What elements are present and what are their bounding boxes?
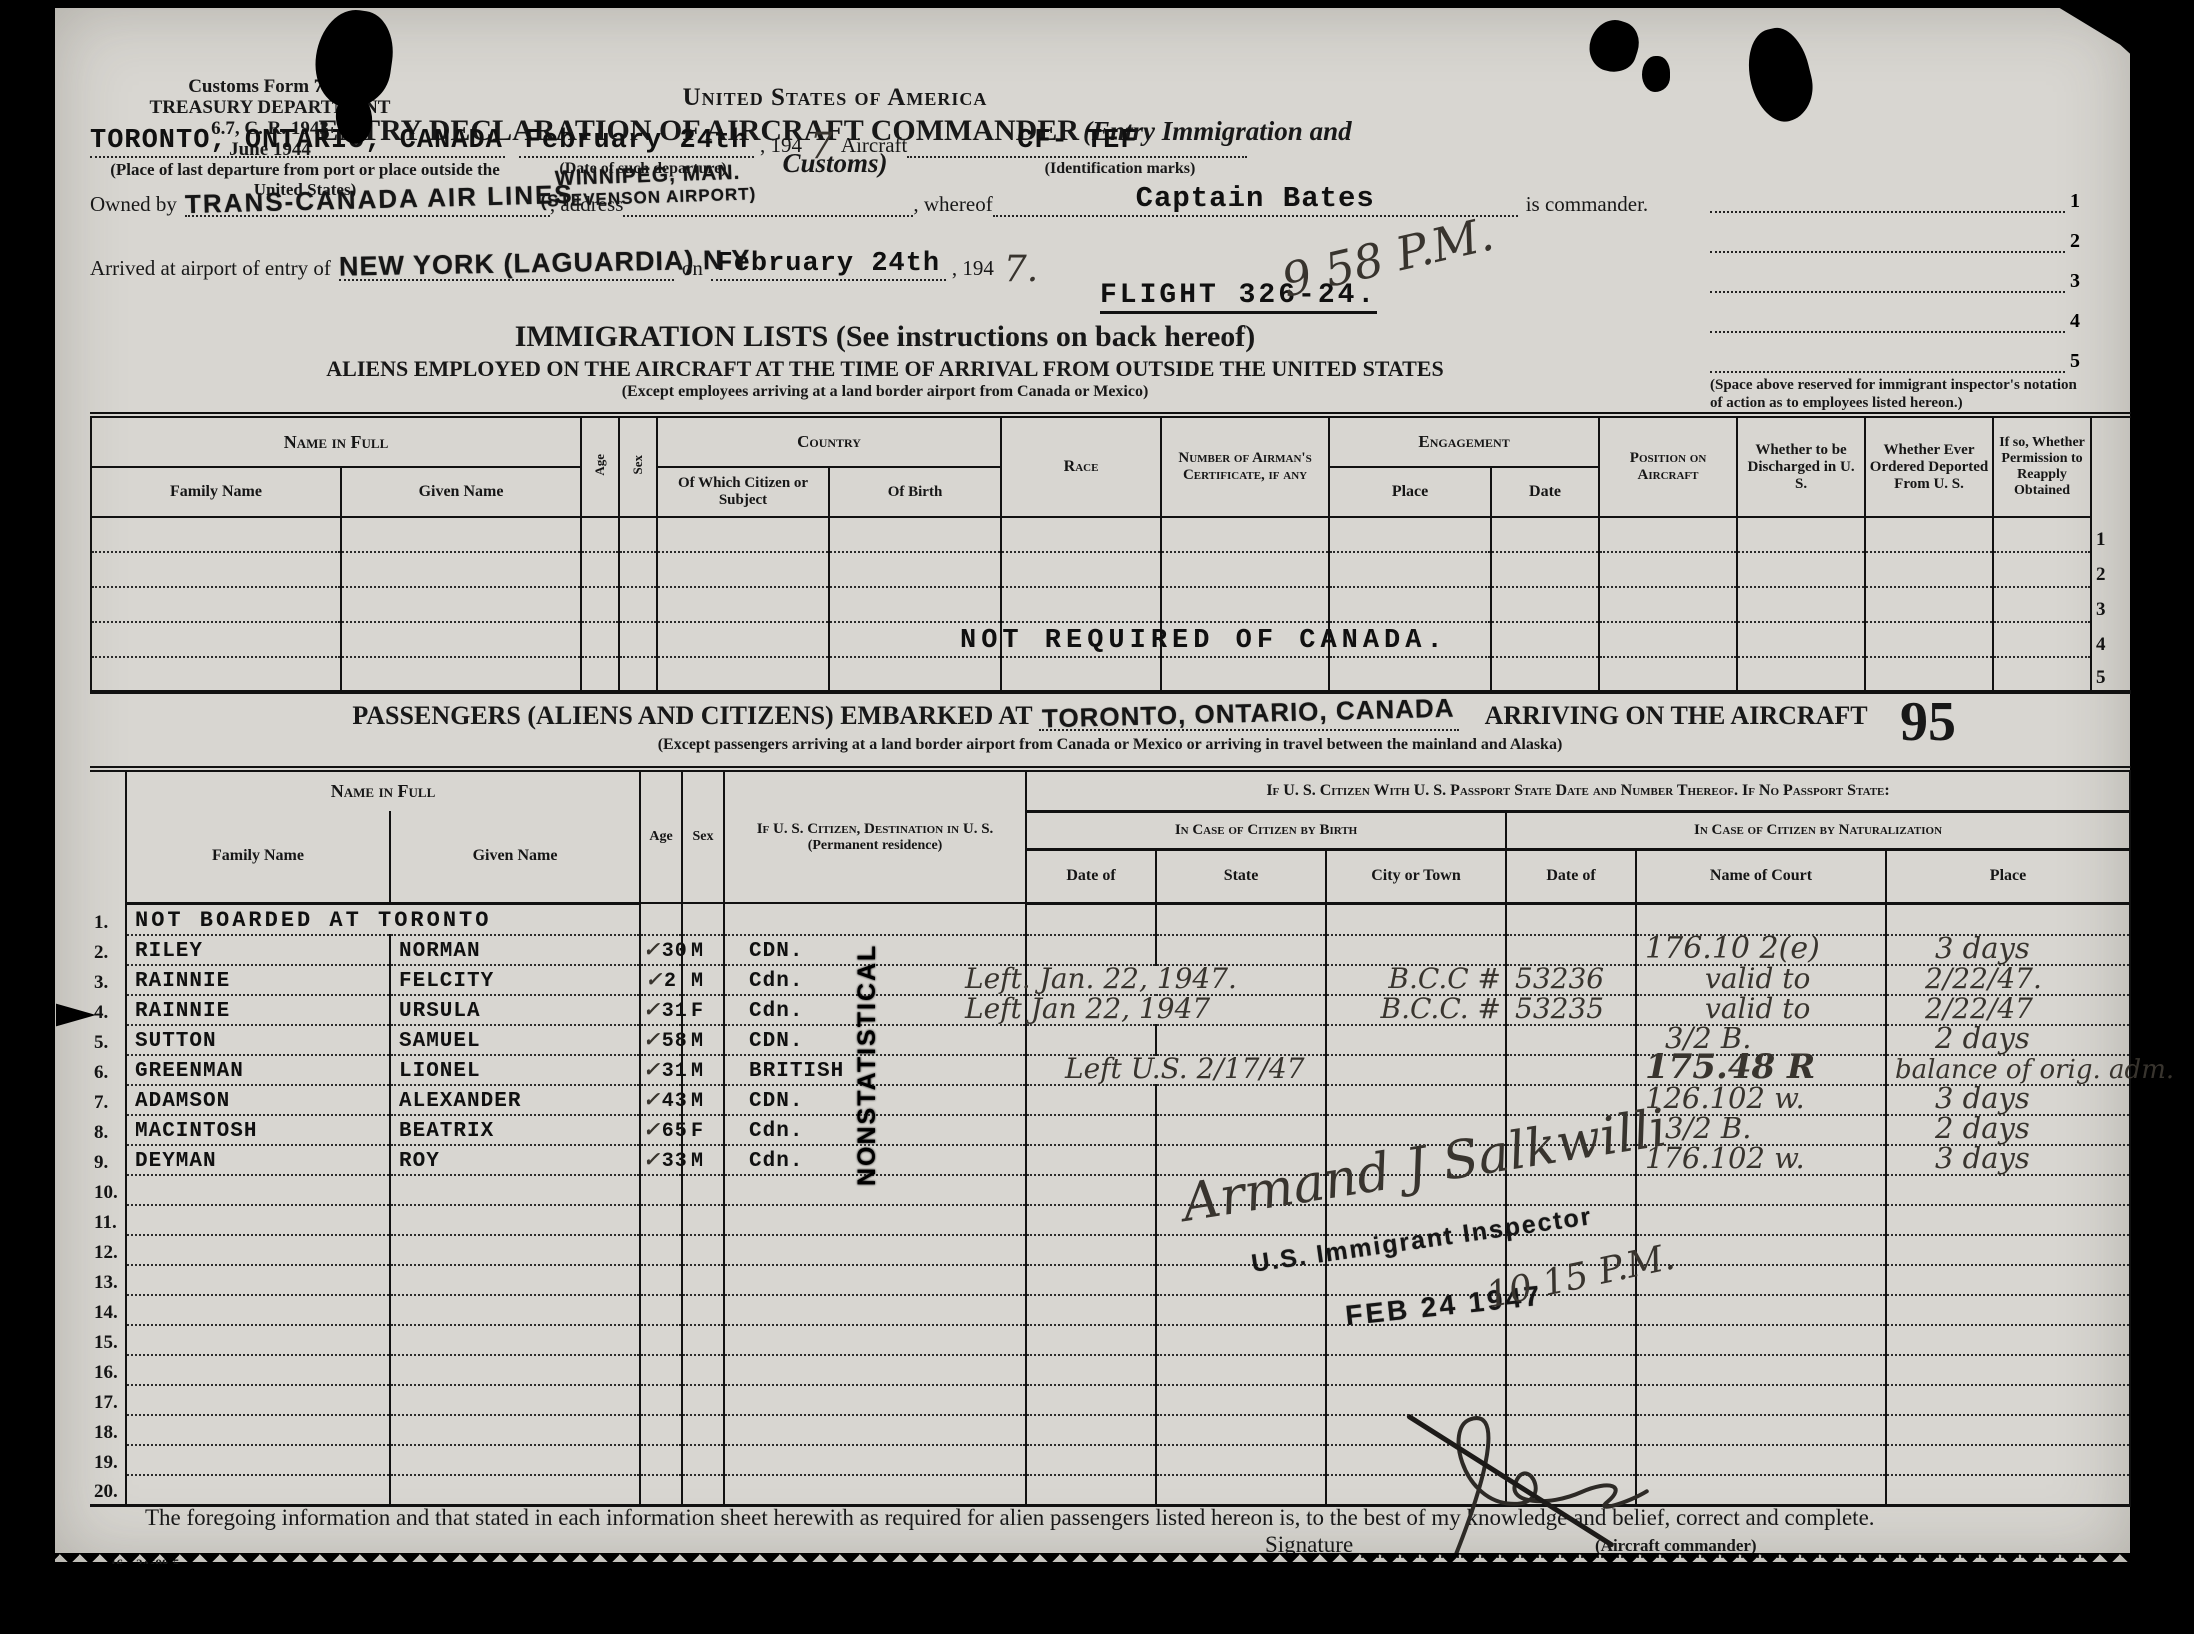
employee-row: 5: [91, 657, 2131, 692]
passenger-row: 10.: [90, 1175, 2130, 1205]
torn-paper-blob: [1642, 56, 1670, 92]
pax-col-sex: Sex: [682, 769, 724, 903]
arrival-time-handwritten: 9 58 P.M.: [1277, 207, 1499, 308]
passenger-row: 12.: [90, 1235, 2130, 1265]
hw-duration: 3 days: [1935, 1081, 2030, 1115]
col-airman-certificate: Number of Airman's Certificate, if any: [1161, 415, 1329, 517]
pax-col-given: Given Name: [390, 811, 640, 903]
passenger-row: 19.: [90, 1445, 2130, 1475]
checkmark: ✓: [643, 1087, 661, 1111]
passenger-row: 13.: [90, 1265, 2130, 1295]
form-line-arrival: Arrived at airport of entry of NEW YORK …: [90, 248, 1190, 281]
hw-doc-type: B.C.C. #: [1381, 992, 1502, 1025]
col-eng-place: Place: [1329, 467, 1491, 517]
col-race: Race: [1001, 415, 1161, 517]
margin-line-5: 5: [1710, 350, 2080, 373]
margin-line-1: 1: [1710, 190, 2080, 213]
passenger-row: 18.: [90, 1415, 2130, 1445]
hw-section-code: 176.10 2(e): [1645, 931, 1820, 966]
form-line-departure: TORONTO, ONTARIO, CANADA February 24th ,…: [90, 126, 1690, 158]
col-name-in-full: Name in Full: [91, 415, 581, 467]
form-paper: Customs Form 7507 TREASURY DEPARTMENT 6.…: [55, 8, 2130, 1562]
passenger-row: 16.: [90, 1355, 2130, 1385]
col-engagement: Engagement: [1329, 415, 1599, 467]
checkmark: ✓: [643, 997, 661, 1021]
hw-section-code: 3/2 B.: [1665, 1111, 1751, 1145]
pax-col-nat-group: In Case of Citizen by Naturalization: [1506, 811, 2130, 849]
hw-duration: 3 days: [1935, 1141, 2030, 1175]
pax-col-birth-date: Date of: [1026, 849, 1156, 903]
commander-name-value: Captain Bates: [1136, 182, 1375, 215]
aircraft-label: Aircraft: [841, 133, 907, 158]
torn-bottom-edge: [0, 1564, 2194, 1634]
pax-col-court: Name of Court: [1636, 849, 1886, 903]
departure-date-value: February 24th: [525, 126, 749, 156]
col-age: Age: [581, 415, 619, 517]
hw-left-date: Left. Jan. 22, 1947.: [965, 962, 1237, 995]
passengers-exception-note: (Except passengers arriving at a land bo…: [90, 736, 2130, 754]
passenger-row: 8. MACINTOSH BEATRIX ✓65 F Cdn. 3/2 B. 2…: [90, 1115, 2130, 1145]
hw-doc-number: 53235: [1515, 992, 1604, 1025]
margin-line-3: 3: [1710, 270, 2080, 293]
checkmark: ✓: [643, 1027, 661, 1051]
checkmark: ✓: [643, 937, 661, 961]
hw-valid: valid to: [1705, 962, 1810, 995]
immigration-lists-title: IMMIGRATION LISTS (See instructions on b…: [90, 320, 1680, 354]
immigration-lists-heading: IMMIGRATION LISTS (See instructions on b…: [90, 320, 1680, 401]
passenger-row: 15.: [90, 1325, 2130, 1355]
scanned-document-page: Customs Form 7507 TREASURY DEPARTMENT 6.…: [0, 0, 2194, 1634]
year-printed: , 194: [760, 133, 802, 158]
col-family-name: Family Name: [91, 467, 341, 517]
employee-row: 3: [91, 587, 2131, 622]
departure-place-value: TORONTO, ONTARIO, CANADA: [90, 126, 503, 156]
passenger-row: 1. NOT BOARDED AT TORONTO: [90, 903, 2130, 935]
col-eng-date: Date: [1491, 467, 1599, 517]
hw-valid-date: 2/22/47.: [1925, 962, 2042, 995]
owned-by-label: Owned by: [90, 192, 177, 217]
passenger-row: 9. DEYMAN ROY ✓33 M Cdn. 176.102 w. 3 da…: [90, 1145, 2130, 1175]
passenger-row: 14.: [90, 1295, 2130, 1325]
margin-line-4: 4: [1710, 310, 2080, 333]
identification-marks-caption: (Identification marks): [985, 160, 1255, 178]
hw-left-date: Left Jan 22, 1947: [965, 992, 1210, 1025]
col-discharged: Whether to be Discharged in U. S.: [1737, 415, 1865, 517]
commander-signature: [1349, 1381, 1722, 1572]
owner-stamp: TRANS-CANADA AIR LINES: [185, 179, 574, 220]
not-required-note: NOT REQUIRED OF CANADA.: [960, 626, 1448, 656]
checkmark: ✓: [645, 967, 663, 991]
hw-doc-type: B.C.C #: [1388, 962, 1501, 995]
pax-col-destination-sub: (Permanent residence): [728, 838, 1022, 854]
is-commander-label: is commander.: [1526, 192, 1648, 217]
employees-exception-note: (Except employees arriving at a land bor…: [90, 383, 1680, 401]
passenger-row: 4. RAINNIE URSULA ✓31 F Cdn. Left Jan 22…: [90, 995, 2130, 1025]
aliens-employed-subtitle: ALIENS EMPLOYED ON THE AIRCRAFT AT THE T…: [90, 356, 1680, 382]
col-sex: Sex: [619, 415, 657, 517]
passenger-row: 20.: [90, 1475, 2130, 1505]
passengers-title-prefix: PASSENGERS (ALIENS AND CITIZENS) EMBARKE…: [352, 701, 1032, 731]
passengers-table: Name in Full Age Sex If U. S. Citizen, D…: [90, 766, 2131, 1507]
checkmark: ✓: [643, 1057, 661, 1081]
hw-duration: 2 days: [1935, 1111, 2030, 1145]
hw-section-code: 126.102 w.: [1645, 1081, 1805, 1115]
origin-airport-stamp: WINNIPEG, MAN. (STEVENSON AIRPORT): [522, 160, 773, 213]
checkmark: ✓: [643, 1117, 661, 1141]
col-position: Position on Aircraft: [1599, 415, 1737, 517]
country-title: United States of America: [295, 84, 1375, 112]
pax-col-family: Family Name: [126, 811, 390, 903]
passenger-row: 17.: [90, 1385, 2130, 1415]
year-handwritten: 7: [810, 136, 833, 158]
passenger-row: 5. SUTTON SAMUEL ✓58 M CDN. 3/2 B. 2 day…: [90, 1025, 2130, 1055]
col-country: Country: [657, 415, 1001, 467]
declaration-statement: The foregoing information and that state…: [90, 1504, 2130, 1531]
col-given-name: Given Name: [341, 467, 581, 517]
pax-col-place: Place: [1886, 849, 2130, 903]
arrival-label: Arrived at airport of entry of: [90, 256, 331, 281]
row-note: NOT BOARDED AT TORONTO: [135, 908, 491, 933]
hw-left-date: Left U.S. 2/17/47: [1065, 1052, 1305, 1085]
passenger-row: 7. ADAMSON ALEXANDER ✓43 M CDN. 126.102 …: [90, 1085, 2130, 1115]
employee-row: 1: [91, 517, 2131, 552]
col-birth-country: Of Birth: [829, 467, 1001, 517]
pax-col-destination: If U. S. Citizen, Destination in U. S. (…: [724, 769, 1026, 903]
margin-line-2: 2: [1710, 230, 2080, 253]
pax-col-name-in-full: Name in Full: [126, 769, 640, 811]
arrival-year-handwritten: 7.: [1004, 259, 1038, 281]
passengers-title-suffix: ARRIVING ON THE AIRCRAFT: [1485, 701, 1868, 731]
passenger-row: 2. RILEY NORMAN ✓30 M CDN. 176.10 2(e) 3…: [90, 935, 2130, 965]
pax-col-city: City or Town: [1326, 849, 1506, 903]
employee-row: 2: [91, 552, 2131, 587]
checkmark: ✓: [643, 1147, 661, 1171]
col-reapply: If so, Whether Permission to Reapply Obt…: [1993, 415, 2091, 517]
passengers-heading: PASSENGERS (ALIENS AND CITIZENS) EMBARKE…: [90, 698, 2130, 731]
passenger-row: 3. RAINNIE FELCITY ✓2 M Cdn. Left. Jan. …: [90, 965, 2130, 995]
pax-col-birth-group: In Case of Citizen by Birth: [1026, 811, 1506, 849]
pax-col-passport-header: If U. S. Citizen With U. S. Passport Sta…: [1026, 769, 2130, 811]
col-deported: Whether Ever Ordered Deported From U. S.: [1865, 415, 1993, 517]
passenger-row: 11.: [90, 1205, 2130, 1235]
arrival-year-printed: , 194: [952, 256, 994, 281]
hw-duration: 2 days: [1935, 1021, 2030, 1055]
passenger-row: 6. GREENMAN LIONEL ✓31 M BRITISH Left U.…: [90, 1055, 2130, 1085]
hw-doc-number: 53236: [1515, 962, 1604, 995]
margin-note: (Space above reserved for immigrant insp…: [1710, 376, 2090, 412]
nonstatistical-stamp: NONSTATISTICAL: [853, 926, 882, 1186]
embark-place-stamp: TORONTO, ONTARIO, CANADA: [1042, 693, 1455, 735]
pax-col-age: Age: [640, 769, 682, 903]
hw-duration: 3 days: [1935, 931, 2030, 965]
pax-col-state: State: [1156, 849, 1326, 903]
whereof-label: , whereof: [913, 192, 992, 217]
col-citizen-of: Of Which Citizen or Subject: [657, 467, 829, 517]
pax-col-nat-date: Date of: [1506, 849, 1636, 903]
aircraft-id-value: CF- TEF: [1017, 126, 1137, 156]
